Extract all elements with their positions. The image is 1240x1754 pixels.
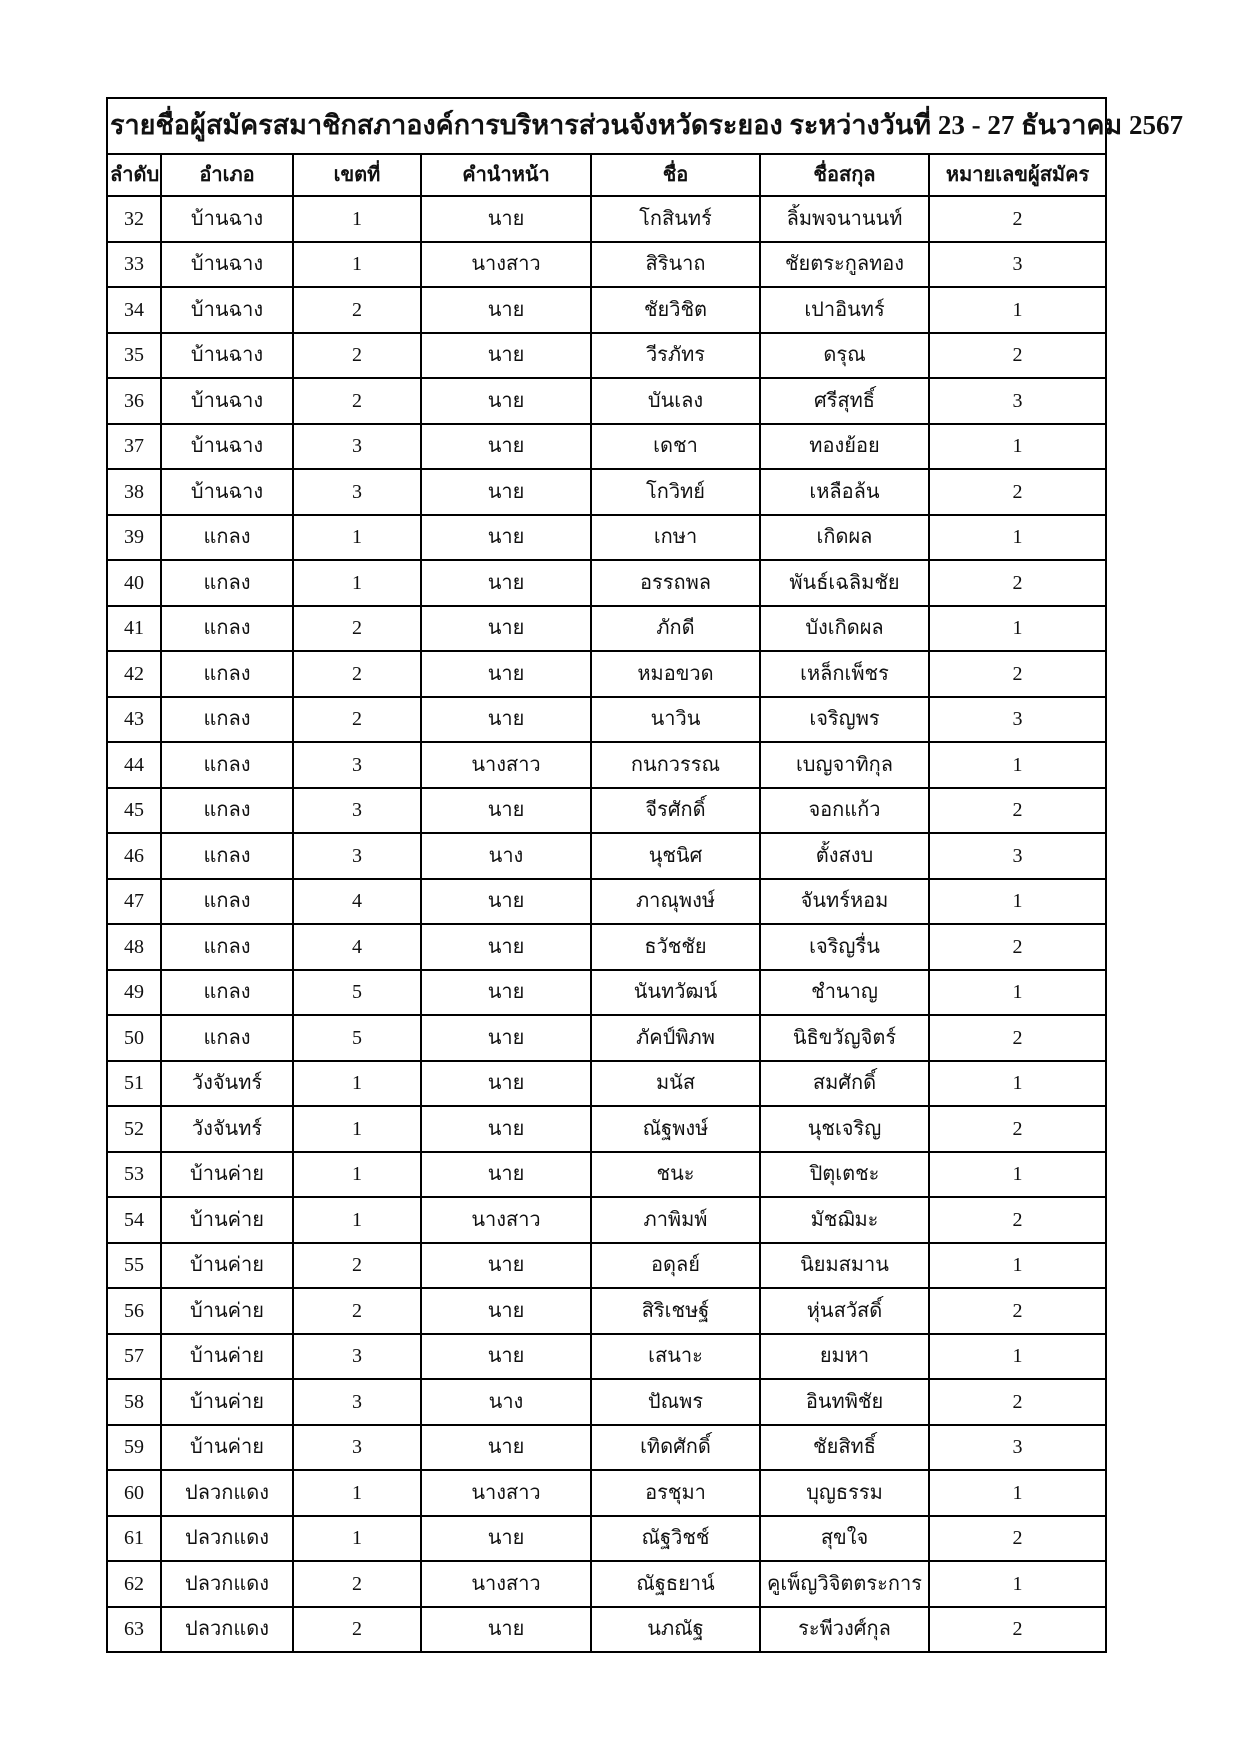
table-row: 37บ้านฉาง3นายเดชาทองย้อย1 — [107, 424, 1106, 470]
cell-last-name: ยมหา — [760, 1334, 929, 1380]
cell-first-name: โกวิทย์ — [591, 469, 760, 515]
cell-number: 41 — [107, 606, 161, 652]
column-header-candidate-no: หมายเลขผู้สมัคร — [929, 154, 1106, 196]
cell-number: 53 — [107, 1152, 161, 1198]
cell-number: 38 — [107, 469, 161, 515]
cell-district: บ้านค่าย — [161, 1152, 293, 1198]
cell-zone: 2 — [293, 378, 421, 424]
cell-title-prefix: นาย — [421, 697, 591, 743]
cell-title-prefix: นาย — [421, 1152, 591, 1198]
cell-first-name: อรรถพล — [591, 560, 760, 606]
cell-last-name: บุญธรรม — [760, 1470, 929, 1516]
cell-title-prefix: นาย — [421, 879, 591, 925]
cell-last-name: ปิตุเตชะ — [760, 1152, 929, 1198]
cell-last-name: ชำนาญ — [760, 970, 929, 1016]
table-row: 53บ้านค่าย1นายชนะปิตุเตชะ1 — [107, 1152, 1106, 1198]
cell-district: บ้านฉาง — [161, 287, 293, 333]
cell-candidate-no: 2 — [929, 1379, 1106, 1425]
table-row: 41แกลง2นายภักดีบังเกิดผล1 — [107, 606, 1106, 652]
cell-district: วังจันทร์ — [161, 1061, 293, 1107]
cell-first-name: วีรภัทร — [591, 333, 760, 379]
table-row: 49แกลง5นายนันทวัฒน์ชำนาญ1 — [107, 970, 1106, 1016]
cell-title-prefix: นางสาว — [421, 742, 591, 788]
cell-zone: 4 — [293, 924, 421, 970]
cell-zone: 3 — [293, 1425, 421, 1471]
column-header-district: อำเภอ — [161, 154, 293, 196]
table-row: 42แกลง2นายหมอขวดเหล็กเพ็ชร2 — [107, 651, 1106, 697]
cell-candidate-no: 1 — [929, 970, 1106, 1016]
cell-last-name: ระพีวงศ์กุล — [760, 1607, 929, 1653]
cell-first-name: หมอขวด — [591, 651, 760, 697]
cell-last-name: ดรุณ — [760, 333, 929, 379]
cell-last-name: สุขใจ — [760, 1516, 929, 1562]
cell-district: ปลวกแดง — [161, 1607, 293, 1653]
cell-zone: 1 — [293, 515, 421, 561]
column-header-zone: เขตที่ — [293, 154, 421, 196]
document-page: รายชื่อผู้สมัครสมาชิกสภาองค์การบริหารส่ว… — [0, 0, 1240, 1754]
cell-number: 44 — [107, 742, 161, 788]
cell-zone: 5 — [293, 1015, 421, 1061]
cell-number: 60 — [107, 1470, 161, 1516]
cell-district: แกลง — [161, 606, 293, 652]
table-body: 32บ้านฉาง1นายโกสินทร์ลิ้มพจนานนท์233บ้าน… — [107, 196, 1106, 1652]
cell-title-prefix: นาย — [421, 378, 591, 424]
cell-first-name: เสนาะ — [591, 1334, 760, 1380]
cell-first-name: เดชา — [591, 424, 760, 470]
cell-title-prefix: นาย — [421, 424, 591, 470]
cell-zone: 2 — [293, 606, 421, 652]
cell-district: บ้านฉาง — [161, 333, 293, 379]
cell-number: 43 — [107, 697, 161, 743]
cell-candidate-no: 1 — [929, 1243, 1106, 1289]
cell-zone: 1 — [293, 1106, 421, 1152]
cell-zone: 1 — [293, 560, 421, 606]
cell-last-name: เจริญรื่น — [760, 924, 929, 970]
cell-district: บ้านค่าย — [161, 1197, 293, 1243]
table-row: 44แกลง3นางสาวกนกวรรณเบญจาทิกุล1 — [107, 742, 1106, 788]
table-row: 33บ้านฉาง1นางสาวสิรินาถชัยตระกูลทอง3 — [107, 242, 1106, 288]
cell-number: 54 — [107, 1197, 161, 1243]
table-row: 38บ้านฉาง3นายโกวิทย์เหลือล้น2 — [107, 469, 1106, 515]
cell-title-prefix: นางสาว — [421, 1470, 591, 1516]
table-row: 55บ้านค่าย2นายอดุลย์นิยมสมาน1 — [107, 1243, 1106, 1289]
cell-candidate-no: 1 — [929, 1152, 1106, 1198]
table-row: 57บ้านค่าย3นายเสนาะยมหา1 — [107, 1334, 1106, 1380]
table-row: 61ปลวกแดง1นายณัฐวิชช์สุขใจ2 — [107, 1516, 1106, 1562]
table-row: 36บ้านฉาง2นายบันเลงศรีสุทธิ์3 — [107, 378, 1106, 424]
title-row: รายชื่อผู้สมัครสมาชิกสภาองค์การบริหารส่ว… — [107, 98, 1106, 154]
cell-first-name: ชัยวิชิต — [591, 287, 760, 333]
cell-district: แกลง — [161, 742, 293, 788]
cell-candidate-no: 2 — [929, 333, 1106, 379]
cell-title-prefix: นาย — [421, 469, 591, 515]
cell-first-name: นุชนิศ — [591, 833, 760, 879]
cell-number: 42 — [107, 651, 161, 697]
cell-last-name: เกิดผล — [760, 515, 929, 561]
cell-district: บ้านค่าย — [161, 1379, 293, 1425]
cell-zone: 3 — [293, 788, 421, 834]
table-row: 43แกลง2นายนาวินเจริญพร3 — [107, 697, 1106, 743]
table-row: 54บ้านค่าย1นางสาวภาพิมพ์มัชฌิมะ2 — [107, 1197, 1106, 1243]
cell-candidate-no: 2 — [929, 1197, 1106, 1243]
cell-title-prefix: นาย — [421, 287, 591, 333]
cell-zone: 4 — [293, 879, 421, 925]
cell-title-prefix: นาย — [421, 1288, 591, 1334]
cell-title-prefix: นางสาว — [421, 1561, 591, 1607]
cell-candidate-no: 2 — [929, 560, 1106, 606]
cell-number: 59 — [107, 1425, 161, 1471]
cell-candidate-no: 1 — [929, 879, 1106, 925]
cell-district: บ้านค่าย — [161, 1288, 293, 1334]
cell-title-prefix: นาย — [421, 560, 591, 606]
cell-zone: 2 — [293, 1607, 421, 1653]
cell-candidate-no: 2 — [929, 1015, 1106, 1061]
cell-first-name: ณัฐธยาน์ — [591, 1561, 760, 1607]
cell-district: แกลง — [161, 833, 293, 879]
table-row: 60ปลวกแดง1นางสาวอรชุมาบุญธรรม1 — [107, 1470, 1106, 1516]
cell-number: 56 — [107, 1288, 161, 1334]
cell-candidate-no: 2 — [929, 924, 1106, 970]
candidates-table: รายชื่อผู้สมัครสมาชิกสภาองค์การบริหารส่ว… — [106, 97, 1107, 1653]
cell-candidate-no: 2 — [929, 1516, 1106, 1562]
cell-title-prefix: นาย — [421, 788, 591, 834]
table-row: 46แกลง3นางนุชนิศตั้งสงบ3 — [107, 833, 1106, 879]
cell-title-prefix: นาย — [421, 196, 591, 242]
cell-last-name: เหลือล้น — [760, 469, 929, 515]
cell-number: 51 — [107, 1061, 161, 1107]
cell-number: 32 — [107, 196, 161, 242]
cell-last-name: เหล็กเพ็ชร — [760, 651, 929, 697]
cell-title-prefix: นาง — [421, 1379, 591, 1425]
cell-first-name: นันทวัฒน์ — [591, 970, 760, 1016]
cell-number: 47 — [107, 879, 161, 925]
cell-zone: 2 — [293, 1561, 421, 1607]
cell-district: บ้านฉาง — [161, 242, 293, 288]
cell-title-prefix: นาย — [421, 970, 591, 1016]
cell-title-prefix: นาย — [421, 924, 591, 970]
cell-number: 46 — [107, 833, 161, 879]
table-row: 35บ้านฉาง2นายวีรภัทรดรุณ2 — [107, 333, 1106, 379]
cell-number: 36 — [107, 378, 161, 424]
cell-district: แกลง — [161, 697, 293, 743]
cell-number: 50 — [107, 1015, 161, 1061]
cell-first-name: เทิดศักดิ์ — [591, 1425, 760, 1471]
cell-candidate-no: 1 — [929, 1561, 1106, 1607]
table-row: 50แกลง5นายภัคป์พิภพนิธิขวัญจิตร์2 — [107, 1015, 1106, 1061]
cell-zone: 3 — [293, 1334, 421, 1380]
table-row: 34บ้านฉาง2นายชัยวิชิตเปาอินทร์1 — [107, 287, 1106, 333]
table-row: 51วังจันทร์1นายมนัสสมศักดิ์1 — [107, 1061, 1106, 1107]
cell-last-name: สมศักดิ์ — [760, 1061, 929, 1107]
table-row: 56บ้านค่าย2นายสิริเชษฐ์หุ่นสวัสดิ์2 — [107, 1288, 1106, 1334]
column-header-first-name: ชื่อ — [591, 154, 760, 196]
cell-first-name: นภณัฐ — [591, 1607, 760, 1653]
cell-title-prefix: นางสาว — [421, 242, 591, 288]
cell-candidate-no: 1 — [929, 742, 1106, 788]
cell-candidate-no: 1 — [929, 606, 1106, 652]
cell-last-name: นิยมสมาน — [760, 1243, 929, 1289]
cell-title-prefix: นาย — [421, 515, 591, 561]
cell-last-name: ลิ้มพจนานนท์ — [760, 196, 929, 242]
column-header-title-prefix: คำนำหน้า — [421, 154, 591, 196]
cell-zone: 2 — [293, 333, 421, 379]
cell-number: 52 — [107, 1106, 161, 1152]
cell-first-name: โกสินทร์ — [591, 196, 760, 242]
cell-first-name: ธวัชชัย — [591, 924, 760, 970]
cell-candidate-no: 1 — [929, 1470, 1106, 1516]
table-row: 48แกลง4นายธวัชชัยเจริญรื่น2 — [107, 924, 1106, 970]
cell-district: แกลง — [161, 924, 293, 970]
cell-first-name: สิริเชษฐ์ — [591, 1288, 760, 1334]
cell-zone: 1 — [293, 1197, 421, 1243]
cell-last-name: บังเกิดผล — [760, 606, 929, 652]
cell-last-name: มัชฌิมะ — [760, 1197, 929, 1243]
cell-first-name: มนัส — [591, 1061, 760, 1107]
cell-zone: 3 — [293, 424, 421, 470]
cell-first-name: บันเลง — [591, 378, 760, 424]
column-header-last-name: ชื่อสกุล — [760, 154, 929, 196]
table-row: 63ปลวกแดง2นายนภณัฐระพีวงศ์กุล2 — [107, 1607, 1106, 1653]
table-row: 52วังจันทร์1นายณัฐพงษ์นุชเจริญ2 — [107, 1106, 1106, 1152]
cell-zone: 1 — [293, 242, 421, 288]
cell-district: บ้านฉาง — [161, 469, 293, 515]
cell-district: บ้านฉาง — [161, 196, 293, 242]
table-row: 62ปลวกแดง2นางสาวณัฐธยาน์คูเพ็ญวิจิตตระกา… — [107, 1561, 1106, 1607]
cell-district: แกลง — [161, 651, 293, 697]
cell-candidate-no: 2 — [929, 1607, 1106, 1653]
cell-zone: 2 — [293, 697, 421, 743]
cell-number: 63 — [107, 1607, 161, 1653]
cell-last-name: ชัยตระกูลทอง — [760, 242, 929, 288]
cell-zone: 5 — [293, 970, 421, 1016]
cell-zone: 3 — [293, 742, 421, 788]
cell-candidate-no: 1 — [929, 1061, 1106, 1107]
cell-district: แกลง — [161, 879, 293, 925]
cell-last-name: เจริญพร — [760, 697, 929, 743]
cell-title-prefix: นาย — [421, 1516, 591, 1562]
cell-first-name: ภัคป์พิภพ — [591, 1015, 760, 1061]
cell-title-prefix: นาง — [421, 833, 591, 879]
cell-candidate-no: 2 — [929, 651, 1106, 697]
cell-first-name: เกษา — [591, 515, 760, 561]
cell-number: 62 — [107, 1561, 161, 1607]
cell-first-name: กนกวรรณ — [591, 742, 760, 788]
cell-title-prefix: นาย — [421, 1106, 591, 1152]
table-row: 59บ้านค่าย3นายเทิดศักดิ์ชัยสิทธิ์3 — [107, 1425, 1106, 1471]
cell-number: 37 — [107, 424, 161, 470]
cell-last-name: พันธ์เฉลิมชัย — [760, 560, 929, 606]
cell-number: 57 — [107, 1334, 161, 1380]
cell-number: 34 — [107, 287, 161, 333]
cell-candidate-no: 3 — [929, 242, 1106, 288]
cell-last-name: หุ่นสวัสดิ์ — [760, 1288, 929, 1334]
cell-candidate-no: 1 — [929, 287, 1106, 333]
cell-district: แกลง — [161, 970, 293, 1016]
cell-district: บ้านค่าย — [161, 1243, 293, 1289]
cell-last-name: นิธิขวัญจิตร์ — [760, 1015, 929, 1061]
cell-candidate-no: 3 — [929, 833, 1106, 879]
cell-zone: 1 — [293, 196, 421, 242]
cell-number: 39 — [107, 515, 161, 561]
cell-first-name: ภาพิมพ์ — [591, 1197, 760, 1243]
cell-title-prefix: นาย — [421, 1334, 591, 1380]
cell-district: ปลวกแดง — [161, 1516, 293, 1562]
cell-title-prefix: นาย — [421, 333, 591, 379]
cell-first-name: ภักดี — [591, 606, 760, 652]
cell-district: แกลง — [161, 788, 293, 834]
cell-candidate-no: 3 — [929, 697, 1106, 743]
cell-candidate-no: 2 — [929, 469, 1106, 515]
table-row: 47แกลง4นายภาณุพงษ์จันทร์หอม1 — [107, 879, 1106, 925]
table-row: 32บ้านฉาง1นายโกสินทร์ลิ้มพจนานนท์2 — [107, 196, 1106, 242]
cell-zone: 2 — [293, 287, 421, 333]
cell-last-name: เปาอินทร์ — [760, 287, 929, 333]
cell-last-name: ตั้งสงบ — [760, 833, 929, 879]
cell-first-name: สิรินาถ — [591, 242, 760, 288]
table-row: 58บ้านค่าย3นางปัณพรอินทพิชัย2 — [107, 1379, 1106, 1425]
cell-first-name: ปัณพร — [591, 1379, 760, 1425]
cell-first-name: อรชุมา — [591, 1470, 760, 1516]
cell-first-name: ณัฐพงษ์ — [591, 1106, 760, 1152]
table-row: 40แกลง1นายอรรถพลพันธ์เฉลิมชัย2 — [107, 560, 1106, 606]
cell-candidate-no: 2 — [929, 196, 1106, 242]
cell-district: บ้านฉาง — [161, 378, 293, 424]
cell-district: ปลวกแดง — [161, 1470, 293, 1516]
cell-candidate-no: 2 — [929, 1106, 1106, 1152]
cell-candidate-no: 3 — [929, 1425, 1106, 1471]
cell-number: 35 — [107, 333, 161, 379]
cell-number: 45 — [107, 788, 161, 834]
cell-number: 55 — [107, 1243, 161, 1289]
cell-first-name: นาวิน — [591, 697, 760, 743]
cell-number: 61 — [107, 1516, 161, 1562]
cell-zone: 1 — [293, 1061, 421, 1107]
cell-district: วังจันทร์ — [161, 1106, 293, 1152]
cell-zone: 1 — [293, 1470, 421, 1516]
cell-candidate-no: 2 — [929, 1288, 1106, 1334]
cell-candidate-no: 1 — [929, 1334, 1106, 1380]
cell-candidate-no: 1 — [929, 515, 1106, 561]
cell-district: บ้านฉาง — [161, 424, 293, 470]
cell-last-name: ทองย้อย — [760, 424, 929, 470]
cell-first-name: จีรศักดิ์ — [591, 788, 760, 834]
cell-title-prefix: นาย — [421, 606, 591, 652]
cell-district: บ้านค่าย — [161, 1334, 293, 1380]
cell-last-name: อินทพิชัย — [760, 1379, 929, 1425]
cell-number: 49 — [107, 970, 161, 1016]
cell-number: 48 — [107, 924, 161, 970]
cell-district: แกลง — [161, 560, 293, 606]
cell-number: 33 — [107, 242, 161, 288]
cell-district: แกลง — [161, 515, 293, 561]
cell-number: 58 — [107, 1379, 161, 1425]
cell-last-name: เบญจาทิกุล — [760, 742, 929, 788]
cell-first-name: ภาณุพงษ์ — [591, 879, 760, 925]
cell-first-name: ณัฐวิชช์ — [591, 1516, 760, 1562]
cell-last-name: นุชเจริญ — [760, 1106, 929, 1152]
cell-title-prefix: นาย — [421, 651, 591, 697]
cell-last-name: ชัยสิทธิ์ — [760, 1425, 929, 1471]
cell-zone: 2 — [293, 1288, 421, 1334]
cell-title-prefix: นาย — [421, 1061, 591, 1107]
cell-zone: 3 — [293, 833, 421, 879]
cell-zone: 1 — [293, 1516, 421, 1562]
cell-candidate-no: 2 — [929, 788, 1106, 834]
column-header-number: ลำดับ — [107, 154, 161, 196]
cell-candidate-no: 3 — [929, 378, 1106, 424]
cell-zone: 3 — [293, 1379, 421, 1425]
document-title: รายชื่อผู้สมัครสมาชิกสภาองค์การบริหารส่ว… — [107, 98, 1106, 154]
cell-last-name: จอกแก้ว — [760, 788, 929, 834]
cell-district: แกลง — [161, 1015, 293, 1061]
cell-title-prefix: นาย — [421, 1607, 591, 1653]
cell-zone: 2 — [293, 1243, 421, 1289]
cell-number: 40 — [107, 560, 161, 606]
cell-zone: 1 — [293, 1152, 421, 1198]
table-row: 45แกลง3นายจีรศักดิ์จอกแก้ว2 — [107, 788, 1106, 834]
cell-district: บ้านค่าย — [161, 1425, 293, 1471]
cell-last-name: ศรีสุทธิ์ — [760, 378, 929, 424]
cell-district: ปลวกแดง — [161, 1561, 293, 1607]
table-header-row: ลำดับ อำเภอ เขตที่ คำนำหน้า ชื่อ ชื่อสกุ… — [107, 154, 1106, 196]
cell-first-name: อดุลย์ — [591, 1243, 760, 1289]
cell-title-prefix: นางสาว — [421, 1197, 591, 1243]
cell-first-name: ชนะ — [591, 1152, 760, 1198]
cell-zone: 3 — [293, 469, 421, 515]
cell-title-prefix: นาย — [421, 1015, 591, 1061]
cell-last-name: จันทร์หอม — [760, 879, 929, 925]
cell-zone: 2 — [293, 651, 421, 697]
cell-title-prefix: นาย — [421, 1425, 591, 1471]
cell-last-name: คูเพ็ญวิจิตตระการ — [760, 1561, 929, 1607]
cell-candidate-no: 1 — [929, 424, 1106, 470]
cell-title-prefix: นาย — [421, 1243, 591, 1289]
table-row: 39แกลง1นายเกษาเกิดผล1 — [107, 515, 1106, 561]
